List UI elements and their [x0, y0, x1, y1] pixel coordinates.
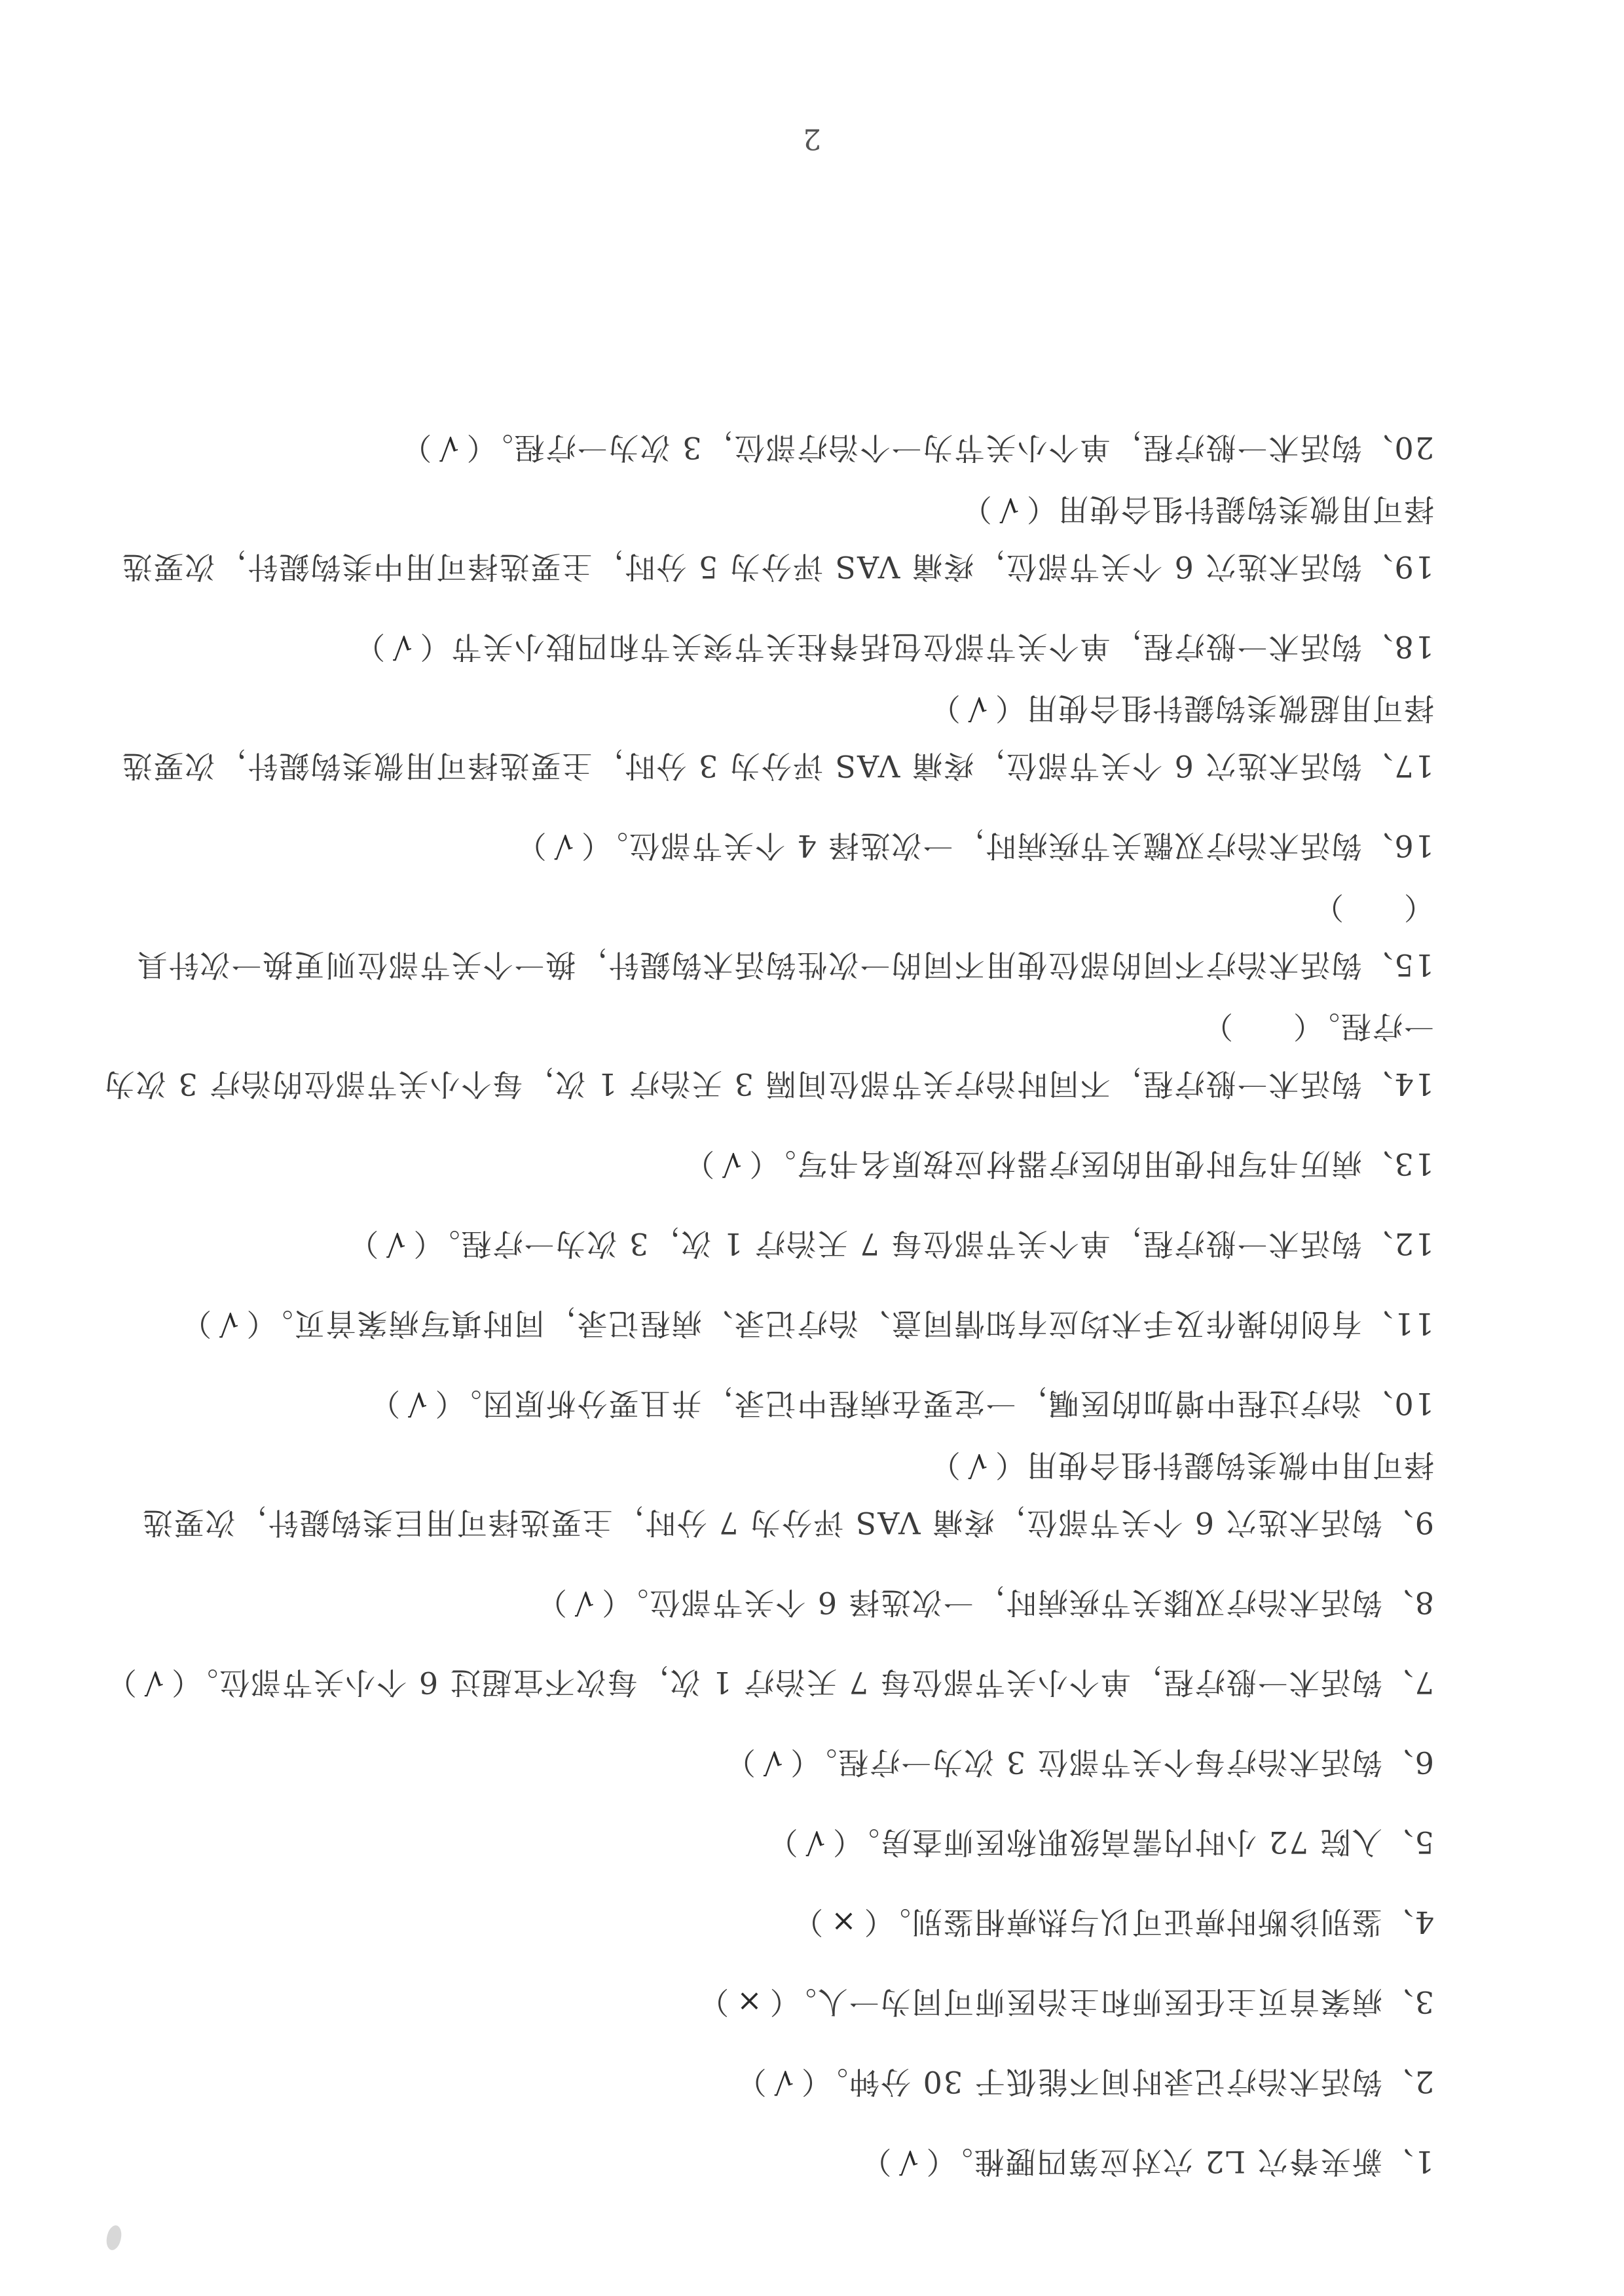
- question-text: 钩活术一般疗程，不同时治疗关节部位间隔 3 天治疗 1 次，每个小关节部位的治疗…: [103, 1066, 1362, 1102]
- answer-mark: √: [143, 1663, 164, 1702]
- question-item: 10、治疗过程中增加的医嘱，一定要在病程中记录，并且要分析原因。（√）: [138, 1343, 1434, 1423]
- question-item: 17、钩活术选穴 6 个关节部位，疼痛 VAS 评分为 3 分时，主要选择可用微…: [138, 686, 1434, 786]
- question-item: 14、钩活术一般疗程，不同时治疗关节部位间隔 3 天治疗 1 次，每个小关节部位…: [138, 1004, 1434, 1104]
- answer-mark: √: [898, 2142, 918, 2181]
- answer-mark: √: [407, 1384, 427, 1423]
- question-item: 7、钩活术一般疗程，单个小关节部位每 7 天治疗 1 次，每次不宜超过 6 个小…: [138, 1622, 1434, 1702]
- question-text: 钩活术一般疗程，单个关节部位包括脊柱关节突关节和四肢小关节: [450, 629, 1361, 665]
- question-text: 入院 72 小时内需高级职称医师查房。: [848, 1825, 1382, 1860]
- question-item: 8、钩活术治疗双膝关节疾病时，一次选择 6 个关节部位。（√）: [138, 1542, 1434, 1622]
- question-text-continued: 择可用超微类钩鍉针组合使用: [1025, 691, 1434, 726]
- question-item: 12、钩活术一般疗程，单个关节部位每 7 天治疗 1 次，3 次为一疗程。（√）: [138, 1184, 1434, 1264]
- question-item: 19、钩活术选穴 6 个关节部位，疼痛 VAS 评分为 5 分时，主要选择可用中…: [138, 487, 1434, 587]
- scan-smudge: [103, 2223, 125, 2251]
- question-item: 18、钩活术一般疗程，单个关节部位包括脊柱关节突关节和四肢小关节（√）: [138, 587, 1434, 666]
- question-number: 7、: [1382, 1665, 1434, 1700]
- answer-mark: √: [773, 2062, 794, 2102]
- answer-mark: √: [392, 627, 412, 666]
- answer-mark: ×: [830, 1903, 857, 1942]
- question-item: 1、新夹脊穴 L2 穴对应第四腰椎。（√）: [138, 2102, 1434, 2181]
- question-item: 6、钩活术治疗每个关节部位 3 次为一疗程。（√）: [138, 1702, 1434, 1782]
- question-number: 15、: [1361, 947, 1434, 983]
- question-text: 钩活术治疗记录时间不能低于 30 分钟。: [817, 2064, 1382, 2100]
- question-text: 钩活术选穴 6 个关节部位，疼痛 VAS 评分为 5 分时，主要选择可用中类钩鍉…: [120, 549, 1361, 585]
- question-text: 钩活术一般疗程，单个小关节部位每 7 天治疗 1 次，每次不宜超过 6 个小关节…: [187, 1665, 1382, 1700]
- question-text: 钩活术治疗每个关节部位 3 次为一疗程。: [805, 1745, 1382, 1780]
- question-text: 鉴别诊断时痹证可以与热痹相鉴别。: [879, 1904, 1382, 1940]
- question-text: 钩活术选穴 6 个关节部位，疼痛 VAS 评分为 3 分时，主要选择可用微类钩鍉…: [120, 748, 1361, 784]
- answer-mark: √: [805, 1823, 825, 1862]
- answer-mark: √: [721, 1144, 741, 1184]
- question-text-continued: 一疗程。: [1308, 1009, 1434, 1044]
- question-number: 12、: [1361, 1226, 1434, 1262]
- question-number: 6、: [1382, 1745, 1434, 1780]
- question-number: 16、: [1361, 828, 1434, 864]
- answer-mark: √: [218, 1304, 238, 1343]
- question-text: 病案首页主任医师和主治医师可同为一人。: [785, 1984, 1382, 2020]
- question-item: 16、钩活术治疗双髋关节疾病时，一次选择 4 个关节部位。（√）: [138, 786, 1434, 866]
- question-text-continued: 择可用微类钩鍉针组合使用: [1057, 492, 1434, 527]
- answer-mark: √: [967, 689, 987, 728]
- question-text: 治疗过程中增加的医嘱，一定要在病程中记录，并且要分析原因。: [450, 1386, 1361, 1421]
- question-number: 11、: [1361, 1306, 1434, 1341]
- question-text: 钩活术治疗双膝关节疾病时，一次选择 6 个关节部位。: [617, 1585, 1382, 1620]
- question-text: 新夹脊穴 L2 穴对应第四腰椎。: [942, 2144, 1382, 2179]
- question-number: 14、: [1361, 1066, 1434, 1102]
- question-number: 5、: [1382, 1825, 1434, 1860]
- question-text: 钩活术选穴 6 个关节部位，疼痛 VAS 评分为 7 分时，主要选择可用巨类钩鍉…: [141, 1505, 1382, 1540]
- answer-mark: √: [574, 1583, 594, 1622]
- question-number: 3、: [1382, 1984, 1434, 2020]
- answer-mark: √: [967, 1446, 987, 1485]
- question-item: 5、入院 72 小时内需高级职称医师查房。（√）: [138, 1782, 1434, 1862]
- question-text: 病历书写时使用的医疗器材应按原名书写。: [764, 1146, 1361, 1182]
- answer-mark: √: [762, 1743, 783, 1782]
- question-item: 13、病历书写时使用的医疗器材应按原名书写。（√）: [138, 1104, 1434, 1184]
- question-text: 钩活术治疗双髋关节疾病时，一次选择 4 个关节部位。: [597, 828, 1362, 864]
- question-number: 1、: [1382, 2144, 1434, 2179]
- question-number: 17、: [1361, 748, 1434, 784]
- question-text: 有创的操作及手术均应有知情同意、治疗记录、病程记录，同时填写病案首页。: [261, 1306, 1361, 1341]
- answer-mark: √: [385, 1224, 405, 1264]
- question-number: 19、: [1361, 549, 1434, 585]
- question-number: 18、: [1361, 629, 1434, 665]
- question-text: 钩活术一般疗程，单个关节部位每 7 天治疗 1 次，3 次为一疗程。: [429, 1226, 1362, 1262]
- question-text: 钩活术治疗不同的部位使用不同的一次性钩活术钩鍉针，换一个关节部位则更换一次针具: [136, 947, 1361, 983]
- answer-mark: √: [438, 428, 458, 467]
- question-number: 10、: [1361, 1386, 1434, 1421]
- question-number: 20、: [1361, 430, 1434, 465]
- answer-mark: √: [999, 490, 1019, 529]
- question-number: 4、: [1382, 1904, 1434, 1940]
- scanned-page: 1、新夹脊穴 L2 穴对应第四腰椎。（√） 2、钩活术治疗记录时间不能低于 30…: [0, 0, 1624, 2296]
- question-item: 20、钩活术一般疗程，单个小关节为一个治疗部位，3 次为一疗程。（√）: [138, 388, 1434, 467]
- question-number: 8、: [1382, 1585, 1434, 1620]
- answer-mark: ×: [735, 1982, 762, 2022]
- question-text-continued: 择可用中微类钩鍉针组合使用: [1025, 1448, 1434, 1483]
- page-number: 2: [0, 122, 1624, 155]
- question-item: 15、钩活术治疗不同的部位使用不同的一次性钩活术钩鍉针，换一个关节部位则更换一次…: [138, 885, 1434, 985]
- question-item: 4、鉴别诊断时痹证可以与热痹相鉴别。（×）: [138, 1862, 1434, 1942]
- question-number: 2、: [1382, 2064, 1434, 2100]
- answer-mark: √: [553, 826, 574, 866]
- question-item: 11、有创的操作及手术均应有知情同意、治疗记录、病程记录，同时填写病案首页。（√…: [138, 1264, 1434, 1343]
- question-number: 9、: [1382, 1505, 1434, 1540]
- question-item: 9、钩活术选穴 6 个关节部位，疼痛 VAS 评分为 7 分时，主要选择可用巨类…: [138, 1443, 1434, 1542]
- question-list: 1、新夹脊穴 L2 穴对应第四腰椎。（√） 2、钩活术治疗记录时间不能低于 30…: [138, 388, 1434, 2181]
- question-item: 2、钩活术治疗记录时间不能低于 30 分钟。（√）: [138, 2022, 1434, 2102]
- question-number: 13、: [1361, 1146, 1434, 1182]
- question-text: 钩活术一般疗程，单个小关节为一个治疗部位，3 次为一疗程。: [482, 430, 1362, 465]
- question-item: 3、病案首页主任医师和主治医师可同为一人。（×）: [138, 1942, 1434, 2022]
